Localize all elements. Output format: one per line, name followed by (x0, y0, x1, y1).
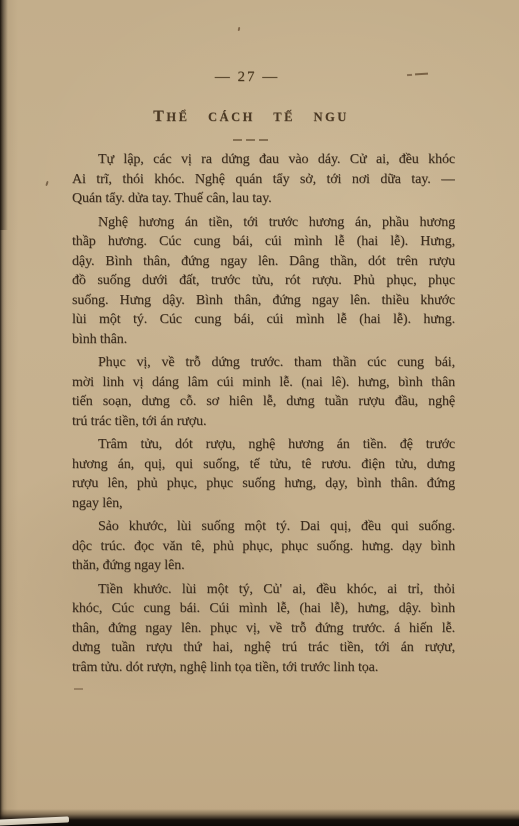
text-line: dậy. Bình thân, đứng ngay lên. Dâng thần… (72, 252, 455, 272)
text-line: trú trác tiền, tới án rượu. (72, 412, 455, 432)
paragraph: Phục vị, về trỗ dứng trước. tham thần cú… (72, 353, 455, 431)
text-line: Phục vị, về trỗ dứng trước. tham thần cú… (72, 353, 455, 373)
text-line: đồ suống dưới đất, trước tửu, rót rượu. … (72, 271, 455, 291)
paragraph: Nghệ hương án tiền, tới trước hương án, … (72, 213, 455, 350)
text-line: ngay lên, (72, 494, 455, 514)
section-title: THỂ CÁCH TẾ NGU (0, 108, 502, 126)
text-line: Nghệ hương án tiền, tới trước hương án, … (72, 213, 455, 233)
ink-speck (238, 27, 241, 31)
text-line: Sảo khước, lùi suống một tý. Dai quị, đề… (72, 517, 455, 537)
ink-speck (45, 181, 48, 186)
title-divider (233, 139, 270, 141)
text-line: thân, đứng ngay lên. phục vị, về trỗ đứn… (72, 619, 455, 639)
text-line: hương án, quị, qui suống, tế tửu, tê rươ… (72, 455, 455, 475)
text-line: dộc trúc. đọc văn tê, phủ phục, phục suố… (72, 537, 455, 557)
text-line: bình thân. (72, 330, 455, 350)
paragraph: Trâm tửu, dót rượu, nghệ hương án tiền. … (72, 435, 455, 513)
text-line: rượu lên, phủ phục, phục suống hưng, dạy… (72, 474, 455, 494)
page-edge-shadow-left (0, 0, 7, 826)
text-line: lùi một tý. Cúc cung bái, cúi mình lễ (h… (72, 310, 455, 330)
text-line: dưng tuần rượu thứ hai, nghệ trú trác ti… (72, 638, 455, 658)
paragraph: Tiền khước. lùi một tý, Củ' ai, đều khóc… (72, 580, 455, 678)
paragraph: Sảo khước, lùi suống một tý. Dai quị, đề… (72, 517, 455, 576)
paragraph: Tự lập, các vị ra dứng đau vào dáy. Cử a… (72, 150, 455, 209)
text-line: Tự lập, các vị ra dứng đau vào dáy. Cử a… (72, 150, 455, 170)
page-number: — 27 — (0, 69, 494, 86)
text-line: Quán tẩy. dửa tay. Thuế cân, lau tay. (72, 189, 455, 209)
ink-speck (74, 688, 83, 690)
text-line: Tiền khước. lùi một tý, Củ' ai, đều khóc… (72, 580, 455, 600)
text-line: thầp hương. Cúc cung bái, cúi mình lễ (h… (72, 232, 455, 252)
text-line: thăn, đứng ngay lên. (72, 556, 455, 576)
text-line: suống. Hưng dậy. Bình thân, đứng ngay lê… (72, 291, 455, 311)
text-line: Trâm tửu, dót rượu, nghệ hương án tiền. … (72, 435, 455, 455)
text-line: Ai trĩ, thói khóc. Nghệ quán tẩy sở, tới… (72, 170, 455, 190)
page-edge-shadow-bottom (0, 809, 519, 826)
text-block: Tự lập, các vị ra dứng đau vào dáy. Cử a… (72, 150, 455, 681)
scanned-book-page: — 27 — THỂ CÁCH TẾ NGU Tự lập, các vị ra… (0, 0, 519, 826)
text-line: trâm tửu. dót rượn, nghệ linh tọa tiền, … (72, 658, 455, 678)
text-line: khóc, Cúc cung bái. Cúi mình lễ, (hai lễ… (72, 599, 455, 619)
text-line: tiến soạn, dưng cỗ. sơ hiên lễ, dưng tuầ… (72, 392, 455, 412)
text-line: mời linh vị dáng lâm cúi minh lễ. (nai l… (72, 373, 455, 393)
